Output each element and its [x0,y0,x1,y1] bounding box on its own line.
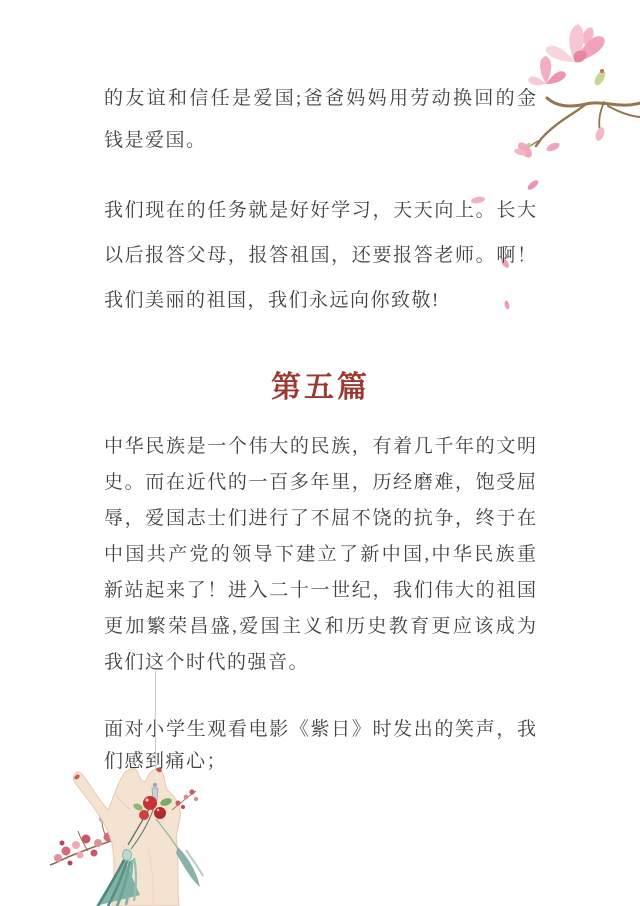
text-line: 中国共产党的领导下建立了新中国,中华民族重 [104,537,537,573]
paragraph-4: 面对小学生观看电影《紫日》时发出的笑声，我 们感到痛心； [104,714,537,778]
red-sprig [172,789,198,810]
hand [73,767,180,906]
magnolia-bud-icon [594,126,606,142]
document-page: 的友谊和信任是爱国;爸爸妈妈用劳动换回的金 钱是爱国。 我们现在的任务就是好好学… [0,0,640,906]
text-line: 中华民族是一个伟大的民族，有着几千年的文明 [104,429,537,465]
section-title: 第五篇 [104,370,537,406]
text-line: 更加繁荣昌盛,爱国主义和历史教育更应该成为 [104,609,537,645]
hanging-thread-decoration [155,671,156,791]
fingernail-icon [73,774,80,781]
text-line: 史。而在近代的一百多年里，历经磨难，饱受屈 [104,465,537,501]
leaf-icon [593,69,608,87]
tassel [96,850,140,906]
plum-blossom-branch [50,816,130,866]
text-line: 以后报答父母，报答祖国，还要报答老师。啊！ [104,233,537,278]
paragraph-1: 的友谊和信任是爱国;爸爸妈妈用劳动换回的金 钱是爱国。 [104,78,537,162]
pendant-charm [128,783,158,849]
text-line: 钱是爱国。 [104,120,537,162]
teal-leaf [176,847,203,887]
paragraph-2: 我们现在的任务就是好好学习，天天向上。长大 以后报答父母，报答祖国，还要报答老师… [104,188,537,323]
text-line: 的友谊和信任是爱国;爸爸妈妈用劳动换回的金 [104,78,537,120]
magnolia-bloom-main [546,24,605,62]
text-line: 面对小学生观看电影《紫日》时发出的笑声，我 [104,714,537,746]
red-blossom-cluster [132,796,178,849]
text-line: 新站起来了！进入二十一世纪，我们伟大的祖国 [104,573,537,609]
paragraph-3: 中华民族是一个伟大的民族，有着几千年的文明 史。而在近代的一百多年里，历经磨难，… [104,429,537,681]
text-line: 辱，爱国志士们进行了不屈不饶的抗争，终于在 [104,501,537,537]
text-line: 我们美丽的祖国，我们永远向你致敬! [104,278,537,323]
text-line: 们感到痛心； [104,746,537,778]
text-line: 我们现在的任务就是好好学习，天天向上。长大 [104,188,537,233]
text-line: 我们这个时代的强音。 [104,645,537,681]
